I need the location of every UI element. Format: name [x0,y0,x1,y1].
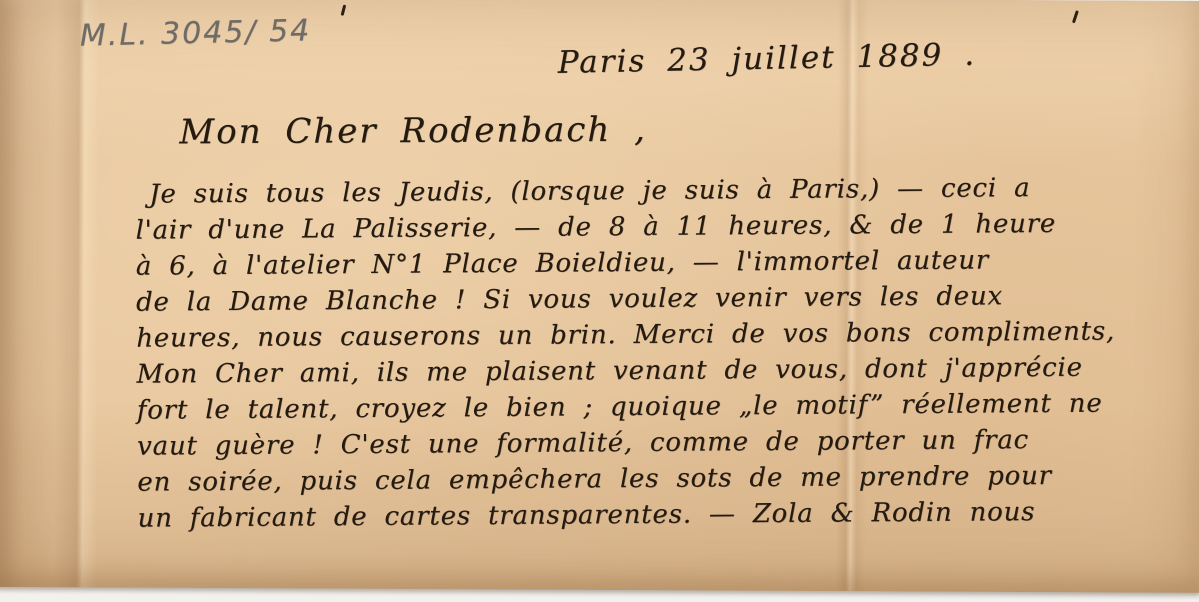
archive-number-pencil: M.L. 3045/ 54 [79,13,311,53]
handwritten-line: fort le talent, croyez le bien ; quoique… [137,385,1189,429]
letter-paper-sheet: M.L. 3045/ 54 Paris 23 juillet 1889 . Mo… [0,0,1199,593]
handwritten-line: un fabricant de cartes transparentes. — … [137,493,1189,537]
letter-body: Je suis tous les Jeudis, (lorsque je sui… [135,169,1190,537]
letter-dateline: Paris 23 juillet 1889 . [557,37,976,81]
handwritten-line: l'air d'une La Palisserie, — de 8 à 11 h… [135,205,1187,249]
stray-ink-mark [1072,10,1079,23]
letter-scan: M.L. 3045/ 54 Paris 23 juillet 1889 . Mo… [0,0,1199,602]
stray-ink-mark [341,4,347,15]
letter-salutation: Mon Cher Rodenbach , [179,110,647,153]
